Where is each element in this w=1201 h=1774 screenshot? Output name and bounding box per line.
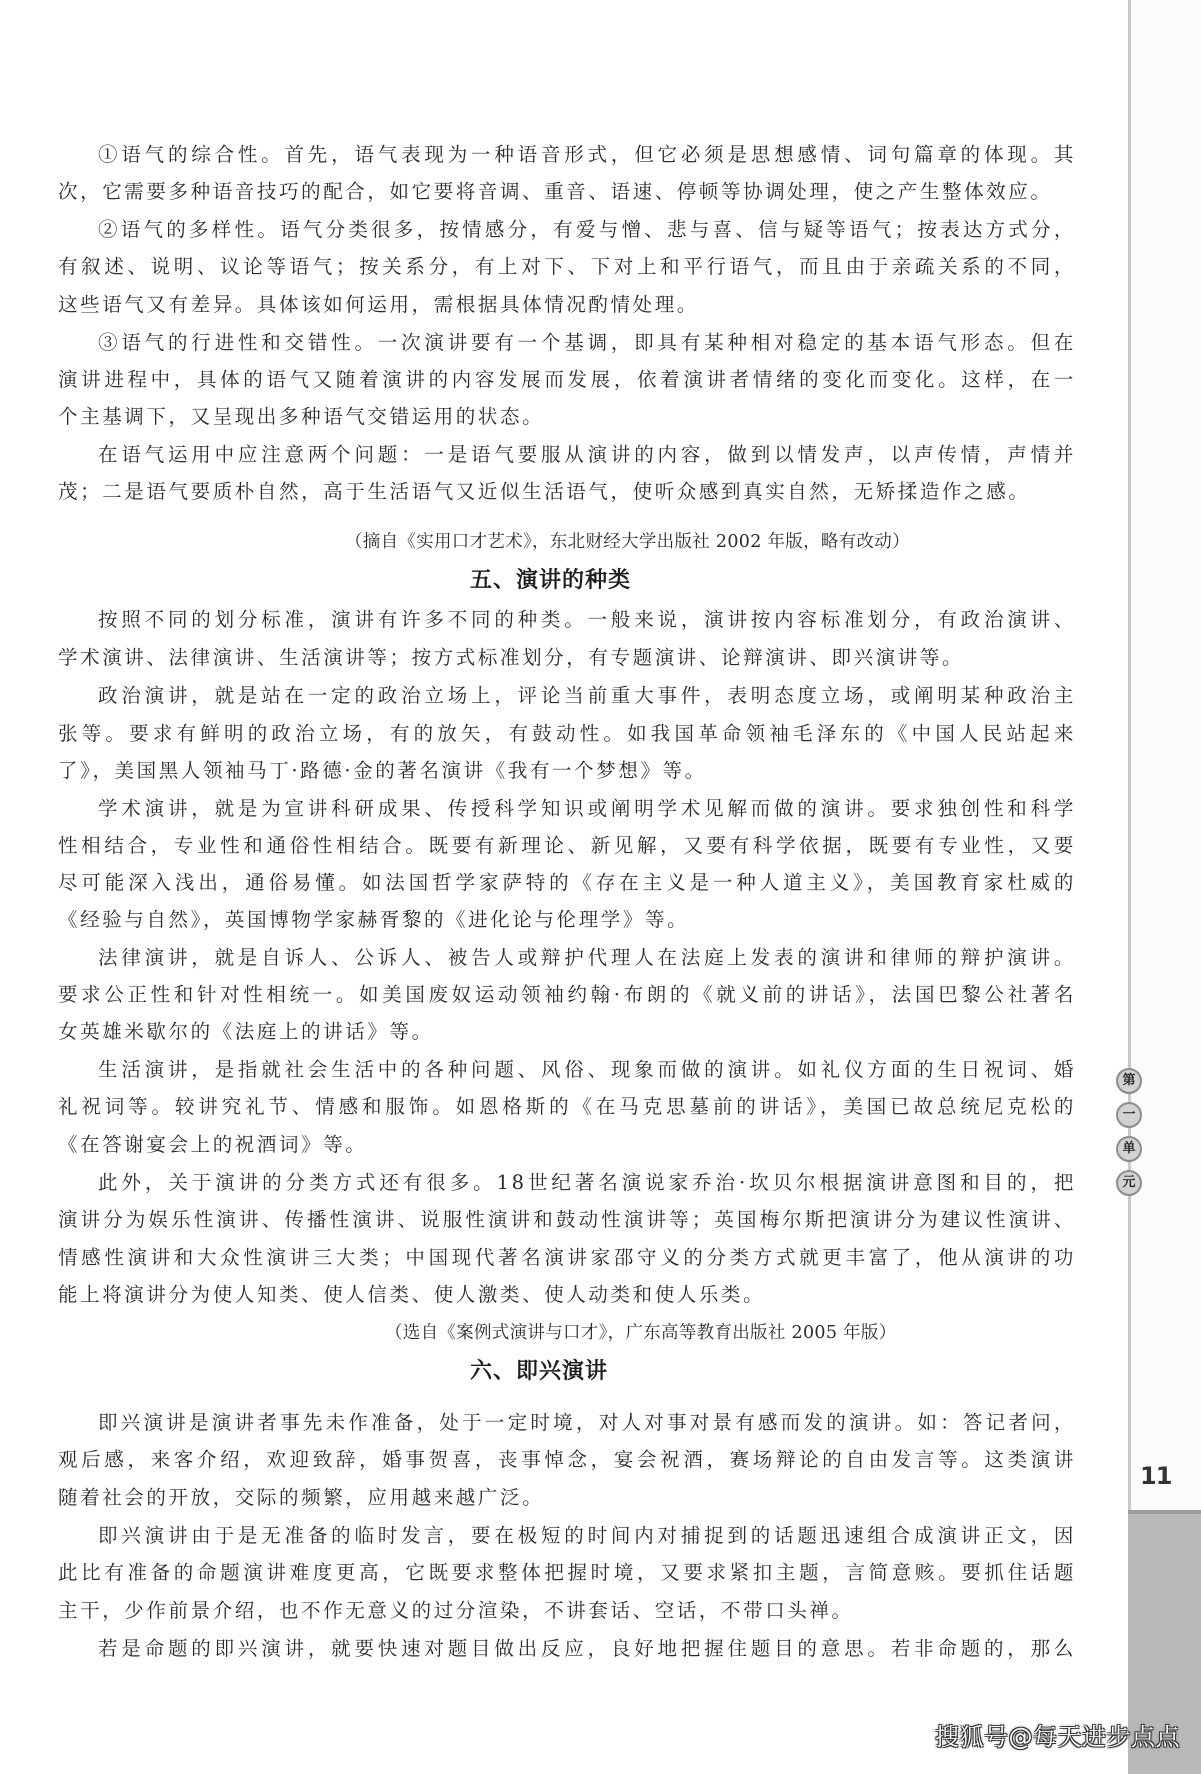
unit-badge-3: 单 [1116, 1136, 1142, 1162]
text-line: 观后感，来客介绍，欢迎致辞，婚事贺喜，丧事悼念，宴会祝酒，赛场辩论的自由发言等。… [58, 1448, 1076, 1472]
text-line: 生活演讲，是指就社会生活中的各种问题、风俗、现象而做的演讲。如礼仪方面的生日祝词… [98, 1058, 1076, 1082]
page-number: 11 [1140, 1462, 1171, 1490]
source-citation: （选自《案例式演讲与口才》，广东高等教育出版社 2005 年版） [385, 1321, 897, 1345]
unit-badge-4: 元 [1116, 1170, 1142, 1196]
text-line: 《经验与自然》，英国博物学家赫胥黎的《进化论与伦理学》等。 [58, 908, 1076, 932]
text-line: 尽可能深入浅出，通俗易懂。如法国哲学家萨特的《存在主义是一种人道主义》，美国教育… [58, 871, 1076, 895]
source-citation: （摘自《实用口才艺术》，东北财经大学出版社 2002 年版，略有改动） [345, 530, 910, 554]
text-line: ②语气的多样性。语气分类很多，按情感分，有爱与憎、悲与喜、信与疑等语气；按表达方… [98, 218, 1076, 242]
text-line: 在语气运用中应注意两个问题：一是语气要服从演讲的内容，做到以情发声，以声传情，声… [98, 443, 1076, 467]
watermark: 搜狐号@每天进步点点 [935, 1717, 1180, 1752]
text-line: 要求公正性和针对性相统一。如美国废奴运动领袖约翰·布朗的《就义前的讲话》，法国巴… [58, 983, 1076, 1007]
text-line: 能上将演讲分为使人知类、使人信类、使人激类、使人动类和使人乐类。 [58, 1283, 1076, 1307]
text-line: 了》，美国黑人领袖马丁·路德·金的著名演讲《我有一个梦想》等。 [58, 759, 1076, 783]
text-line: 此比有准备的命题演讲难度更高，它既要求整体把握时境，又要求紧扣主题，言简意赅。要… [58, 1561, 1076, 1585]
text-line: 若是命题的即兴演讲，就要快速对题目做出反应，良好地把握住题目的意思。若非命题的，… [98, 1637, 1076, 1661]
text-line: 即兴演讲是演讲者事先未作准备，处于一定时境，对人对事对景有感而发的演讲。如：答记… [98, 1411, 1076, 1435]
text-line: 政治演讲，就是站在一定的政治立场上，评论当前重大事件，表明态度立场，或阐明某种政… [98, 684, 1076, 708]
text-line: 这些语气又有差异。具体该如何运用，需根据具体情况酌情处理。 [58, 293, 1076, 317]
section-heading: 六、即兴演讲 [470, 1358, 608, 1386]
book-page: ①语气的综合性。首先，语气表现为一种语音形式，但它必须是思想感情、词句篇章的体现… [0, 0, 1201, 1774]
text-line: 演讲进程中，具体的语气又随着演讲的内容发展而发展，依着演讲者情绪的变化而变化。这… [58, 368, 1076, 392]
text-line: 随着社会的开放，交际的频繁，应用越来越广泛。 [58, 1486, 1076, 1510]
text-line: ③语气的行进性和交错性。一次演讲要有一个基调，即具有某种相对稳定的基本语气形态。… [98, 331, 1076, 355]
text-line: 张等。要求有鲜明的政治立场，有的放矢，有鼓动性。如我国革命领袖毛泽东的《中国人民… [58, 722, 1076, 746]
text-line: 主干，少作前景介绍，也不作无意义的过分渲染，不讲套话、空话，不带口头禅。 [58, 1599, 1076, 1623]
text-line: 即兴演讲由于是无准备的临时发言，要在极短的时间内对捕捉到的话题迅速组合成演讲正文… [98, 1524, 1076, 1548]
section-heading: 五、演讲的种类 [470, 567, 631, 595]
gray-tab-edge [1128, 1510, 1201, 1514]
text-line: 情感性演讲和大众性演讲三大类；中国现代著名演讲家邵守义的分类方式就更丰富了，他从… [58, 1246, 1076, 1270]
margin-strip [1131, 0, 1201, 1774]
margin-rule [1128, 0, 1131, 1774]
text-line: 《在答谢宴会上的祝酒词》等。 [58, 1133, 1076, 1157]
text-line: 按照不同的划分标准，演讲有许多不同的种类。一般来说，演讲按内容标准划分，有政治演… [98, 608, 1076, 632]
unit-badge-1: 第 [1116, 1068, 1142, 1094]
text-line: 次，它需要多种语音技巧的配合，如它要将音调、重音、语速、停顿等协调处理，使之产生… [58, 180, 1076, 204]
unit-badge-2: 一 [1116, 1102, 1142, 1128]
text-line: 有叙述、说明、议论等语气；按关系分，有上对下、下对上和平行语气，而且由于亲疏关系… [58, 255, 1076, 279]
text-line: 学术演讲，就是为宣讲科研成果、传授科学知识或阐明学术见解而做的演讲。要求独创性和… [98, 797, 1076, 821]
text-line: 个主基调下，又呈现出多种语气交错运用的状态。 [58, 405, 1076, 429]
text-line: 学术演讲、法律演讲、生活演讲等；按方式标准划分，有专题演讲、论辩演讲、即兴演讲等… [58, 646, 1076, 670]
text-line: ①语气的综合性。首先，语气表现为一种语音形式，但它必须是思想感情、词句篇章的体现… [98, 143, 1076, 167]
text-line: 此外，关于演讲的分类方式还有很多。18世纪著名演说家乔治·坎贝尔根据演讲意图和目… [98, 1171, 1076, 1195]
text-line: 礼祝词等。较讲究礼节、情感和服饰。如恩格斯的《在马克思墓前的讲话》，美国已故总统… [58, 1095, 1076, 1119]
text-line: 法律演讲，就是自诉人、公诉人、被告人或辩护代理人在法庭上发表的演讲和律师的辩护演… [98, 946, 1076, 970]
text-line: 演讲分为娱乐性演讲、传播性演讲、说服性演讲和鼓动性演讲等；英国梅尔斯把演讲分为建… [58, 1208, 1076, 1232]
text-line: 茂；二是语气要质朴自然，高于生活语气又近似生活语气，使听众感到真实自然，无矫揉造… [58, 480, 1076, 504]
text-line: 性相结合，专业性和通俗性相结合。既要有新理论、新见解，又要有科学依据，既要有专业… [58, 834, 1076, 858]
text-line: 女英雄米歇尔的《法庭上的讲话》等。 [58, 1020, 1076, 1044]
